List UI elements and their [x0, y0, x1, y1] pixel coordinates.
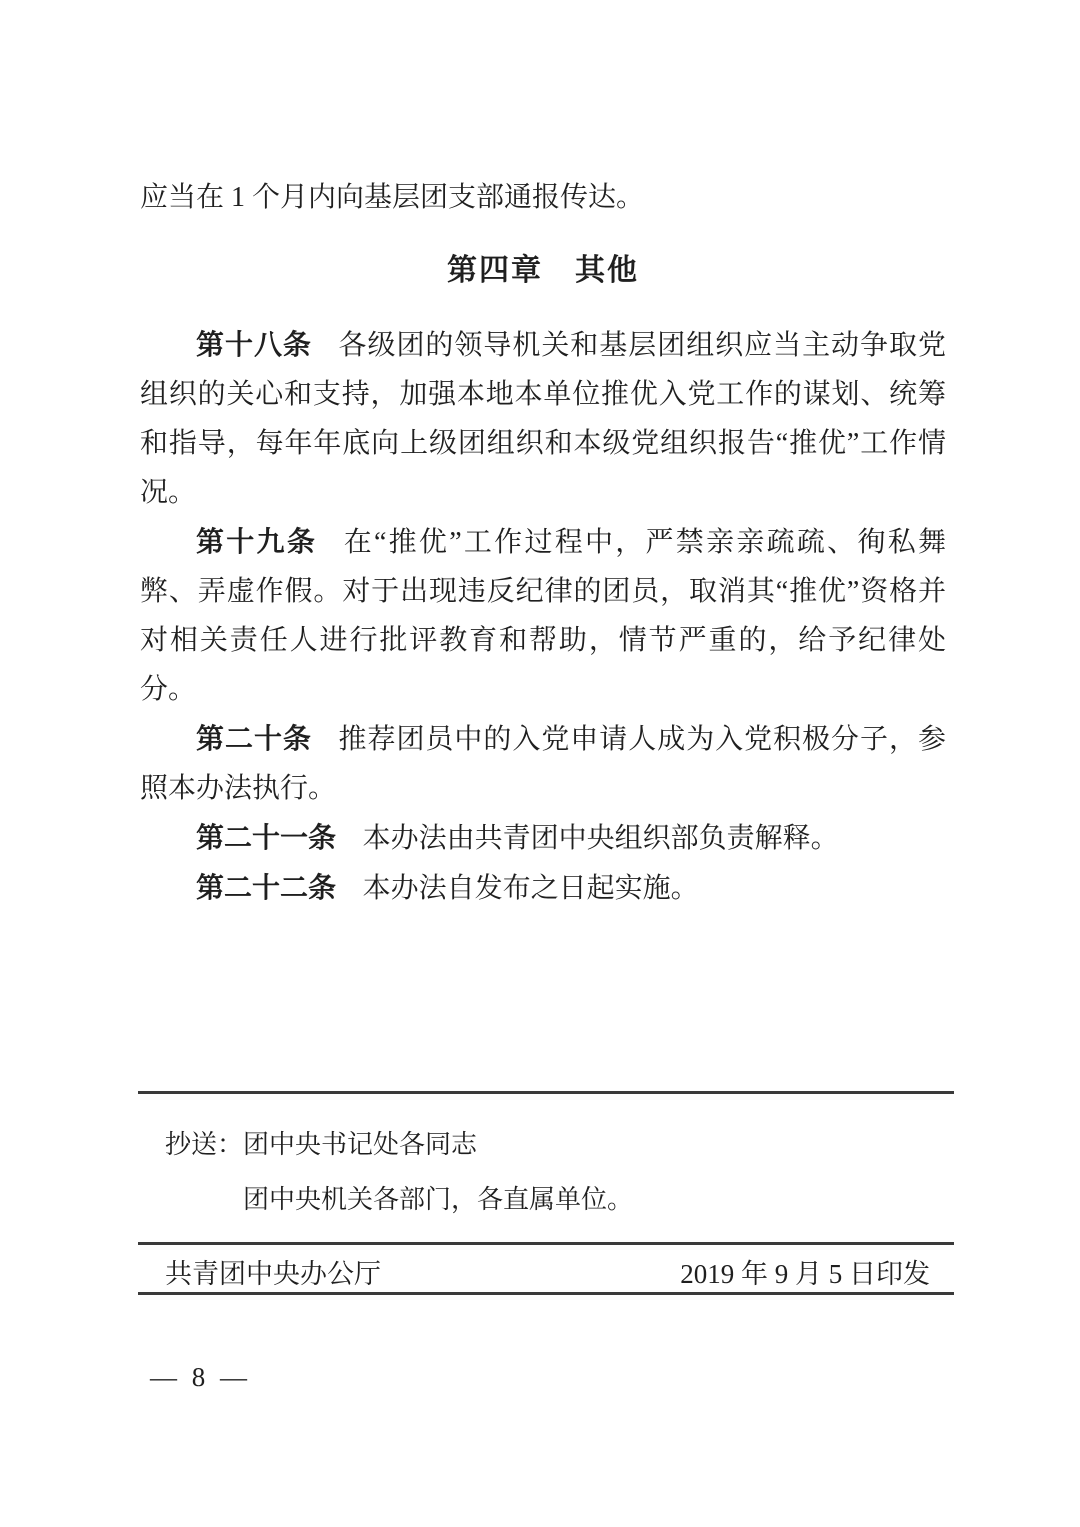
article-19: 第十九条在“推优”工作过程中，严禁亲亲疏疏、徇私舞弊、弄虚作假。对于出现违反纪律… [140, 517, 946, 714]
print-date: 2019 年 9 月 5 日印发 [680, 1252, 930, 1291]
separator-colophon-bottom [138, 1292, 954, 1295]
article-21-text: 本办法由共青团中央组织部负责解释。 [363, 823, 839, 854]
document-page: 应当在 1 个月内向基层团支部通报传达。 第四章 其他 第十八条各级团的领导机关… [0, 0, 1080, 1527]
article-20-label: 第二十条 [196, 723, 312, 754]
article-19-label: 第十九条 [196, 526, 317, 557]
document-body: 应当在 1 个月内向基层团支部通报传达。 第四章 其他 第十八条各级团的领导机关… [140, 173, 946, 913]
article-22-text: 本办法自发布之日起实施。 [363, 873, 699, 904]
article-18-label: 第十八条 [196, 329, 312, 360]
paragraph-continuation: 应当在 1 个月内向基层团支部通报传达。 [140, 173, 946, 222]
article-22-label: 第二十二条 [196, 872, 336, 903]
separator-cc-top [138, 1091, 954, 1094]
chapter-heading: 第四章 其他 [140, 246, 946, 295]
cc-line-2: 团中央机关各部门，各直属单位。 [165, 1172, 945, 1227]
cc-block: 抄送：团中央书记处各同志 团中央机关各部门，各直属单位。 [165, 1117, 945, 1227]
article-20: 第二十条推荐团员中的入党申请人成为入党积极分子，参照本办法执行。 [140, 714, 946, 813]
article-21: 第二十一条本办法由共青团中央组织部负责解释。 [140, 813, 946, 863]
article-22: 第二十二条本办法自发布之日起实施。 [140, 863, 946, 913]
article-21-label: 第二十一条 [196, 822, 336, 853]
page-number: — 8 — [150, 1362, 251, 1393]
issuing-office: 共青团中央办公厅 [165, 1252, 381, 1291]
separator-cc-bottom [138, 1242, 954, 1245]
cc-line-1: 抄送：团中央书记处各同志 [165, 1117, 945, 1172]
article-18: 第十八条各级团的领导机关和基层团组织应当主动争取党组织的关心和支持，加强本地本单… [140, 320, 946, 517]
colophon-row: 共青团中央办公厅 2019 年 9 月 5 日印发 [165, 1249, 930, 1293]
